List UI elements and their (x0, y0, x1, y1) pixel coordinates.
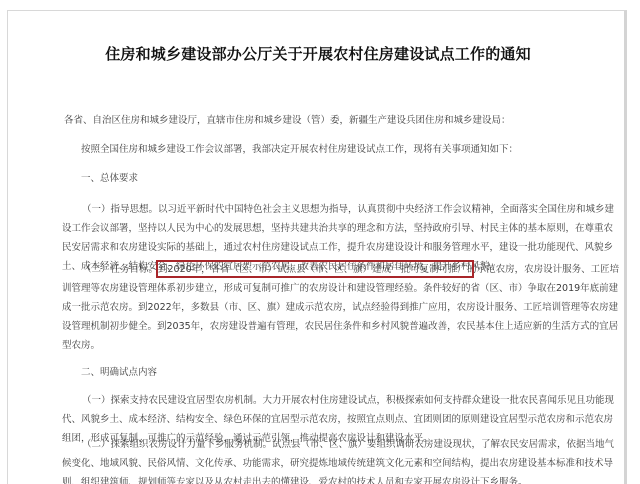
section-heading-2: 二、明确试点内容 (81, 367, 157, 379)
paragraph-line: 候变化、地域风貌、民俗风情、文化传承、功能需求，研究提炼地域传统建筑文化元素和空… (62, 458, 613, 470)
paragraph-line: 代、风貌乡土、成本经济、结构安全、绿色环保的宜居型示范农房，按照宜点则点、宜团则… (62, 414, 613, 426)
salutation: 各省、自治区住房和城乡建设厅，直辖市住房和城乡建设（管）委，新疆生产建设兵团住房… (64, 115, 511, 127)
paragraph-line: （一）指导思想。以习近平新时代中国特色社会主义思想为指导，认真贯彻中央经济工作会… (82, 204, 614, 216)
paragraph-line: 型农房。 (62, 340, 100, 352)
highlight-box (156, 260, 474, 278)
paragraph-line: 训管理等农房建设管理体系初步建立，形成可复制可推广的农房设计和建设管理经验。条件… (62, 283, 618, 295)
paragraph-line: （一）探索支持农民建设宜居型农房机制。大力开展农村住房建设试点，积极探索如何支持… (82, 395, 614, 407)
intro-paragraph: 按照全国住房和城乡建设工作会议部署，我部决定开展农村住房建设试点工作，现将有关事… (81, 144, 518, 156)
paragraph-line: 设工作会议部署，坚持以人民为中心的发展思想，坚持共建共治共享的理念和方法，坚持政… (62, 223, 613, 235)
paragraph-line: （二）探索组织农房设计力量下乡服务机制。试点县（市、区、旗）要组织调研农房建设现… (82, 439, 614, 451)
document-page: 住房和城乡建设部办公厅关于开展农村住房建设试点工作的通知 各省、自治区住房和城乡… (7, 10, 627, 484)
paragraph-line: 成一批示范农房。到2022年，多数县（市、区、旗）建成示范农房，试点经验得到推广… (62, 302, 618, 314)
section-heading-1: 一、总体要求 (81, 173, 138, 185)
document-title: 住房和城乡建设部办公厅关于开展农村住房建设试点工作的通知 (8, 43, 628, 64)
paragraph-line: 则，组织建筑师、规划师等专家以及从农村走出去的懂建设、爱农村的技术人员和专家开展… (62, 477, 528, 484)
paragraph-line: 民安居需求和农房建设实际的基础上，通过农村住房建设试点工作，提升农房建设设计和服… (62, 242, 613, 254)
paragraph-line: 设管理机制初步健全。到2035年，农房建设普遍有管理，农民居住条件和乡村风貌普遍… (62, 321, 618, 333)
